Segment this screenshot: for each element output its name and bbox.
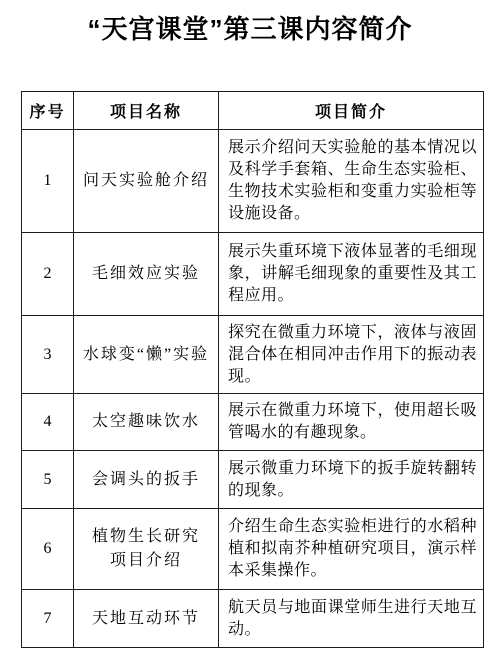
project-name-cell: 会调头的扳手 — [74, 451, 219, 509]
project-desc-cell: 展示失重环境下液体显著的毛细现象，讲解毛细现象的重要性及其工程应用。 — [219, 233, 484, 316]
table-row: 7 天地互动环节 航天员与地面课堂师生进行天地互动。 — [22, 590, 484, 648]
project-desc-cell: 展示介绍问天实验舱的基本情况以及科学手套箱、生命生态实验柜、生物技术实验柜和变重… — [219, 130, 484, 233]
row-number-cell: 2 — [22, 233, 74, 316]
project-name-cell: 植物生长研究 项目介绍 — [74, 509, 219, 590]
table-row: 3 水球变“懒”实验 探究在微重力环境下，液体与液固混合体在相同冲击作用下的振动… — [22, 316, 484, 394]
project-name-cell: 毛细效应实验 — [74, 233, 219, 316]
project-desc-cell: 展示微重力环境下的扳手旋转翻转的现象。 — [219, 451, 484, 509]
document-page: “天宫课堂”第三课内容简介 序号 项目名称 项目简介 1 问天实验舱介绍 展示介… — [0, 0, 500, 648]
project-name-cell: 问天实验舱介绍 — [74, 130, 219, 233]
project-name-cell: 天地互动环节 — [74, 590, 219, 648]
row-number-cell: 6 — [22, 509, 74, 590]
project-desc-cell: 探究在微重力环境下，液体与液固混合体在相同冲击作用下的振动表现。 — [219, 316, 484, 394]
column-header-index: 序号 — [22, 92, 74, 130]
column-header-project-name: 项目名称 — [74, 92, 219, 130]
table-row: 1 问天实验舱介绍 展示介绍问天实验舱的基本情况以及科学手套箱、生命生态实验柜、… — [22, 130, 484, 233]
project-desc-cell: 展示在微重力环境下，使用超长吸管喝水的有趣现象。 — [219, 394, 484, 451]
row-number-cell: 4 — [22, 394, 74, 451]
content-table: 序号 项目名称 项目简介 1 问天实验舱介绍 展示介绍问天实验舱的基本情况以及科… — [21, 91, 484, 648]
column-header-project-desc: 项目简介 — [219, 92, 484, 130]
project-desc-cell: 介绍生命生态实验柜进行的水稻种植和拟南芥种植研究项目，演示样本采集操作。 — [219, 509, 484, 590]
table-header-row: 序号 项目名称 项目简介 — [22, 92, 484, 130]
table-row: 5 会调头的扳手 展示微重力环境下的扳手旋转翻转的现象。 — [22, 451, 484, 509]
page-title: “天宫课堂”第三课内容简介 — [0, 0, 500, 45]
table-row: 6 植物生长研究 项目介绍 介绍生命生态实验柜进行的水稻种植和拟南芥种植研究项目… — [22, 509, 484, 590]
project-name-cell: 水球变“懒”实验 — [74, 316, 219, 394]
row-number-cell: 1 — [22, 130, 74, 233]
table-row: 2 毛细效应实验 展示失重环境下液体显著的毛细现象，讲解毛细现象的重要性及其工程… — [22, 233, 484, 316]
table-row: 4 太空趣味饮水 展示在微重力环境下，使用超长吸管喝水的有趣现象。 — [22, 394, 484, 451]
project-desc-cell: 航天员与地面课堂师生进行天地互动。 — [219, 590, 484, 648]
row-number-cell: 3 — [22, 316, 74, 394]
project-name-cell: 太空趣味饮水 — [74, 394, 219, 451]
row-number-cell: 5 — [22, 451, 74, 509]
row-number-cell: 7 — [22, 590, 74, 648]
